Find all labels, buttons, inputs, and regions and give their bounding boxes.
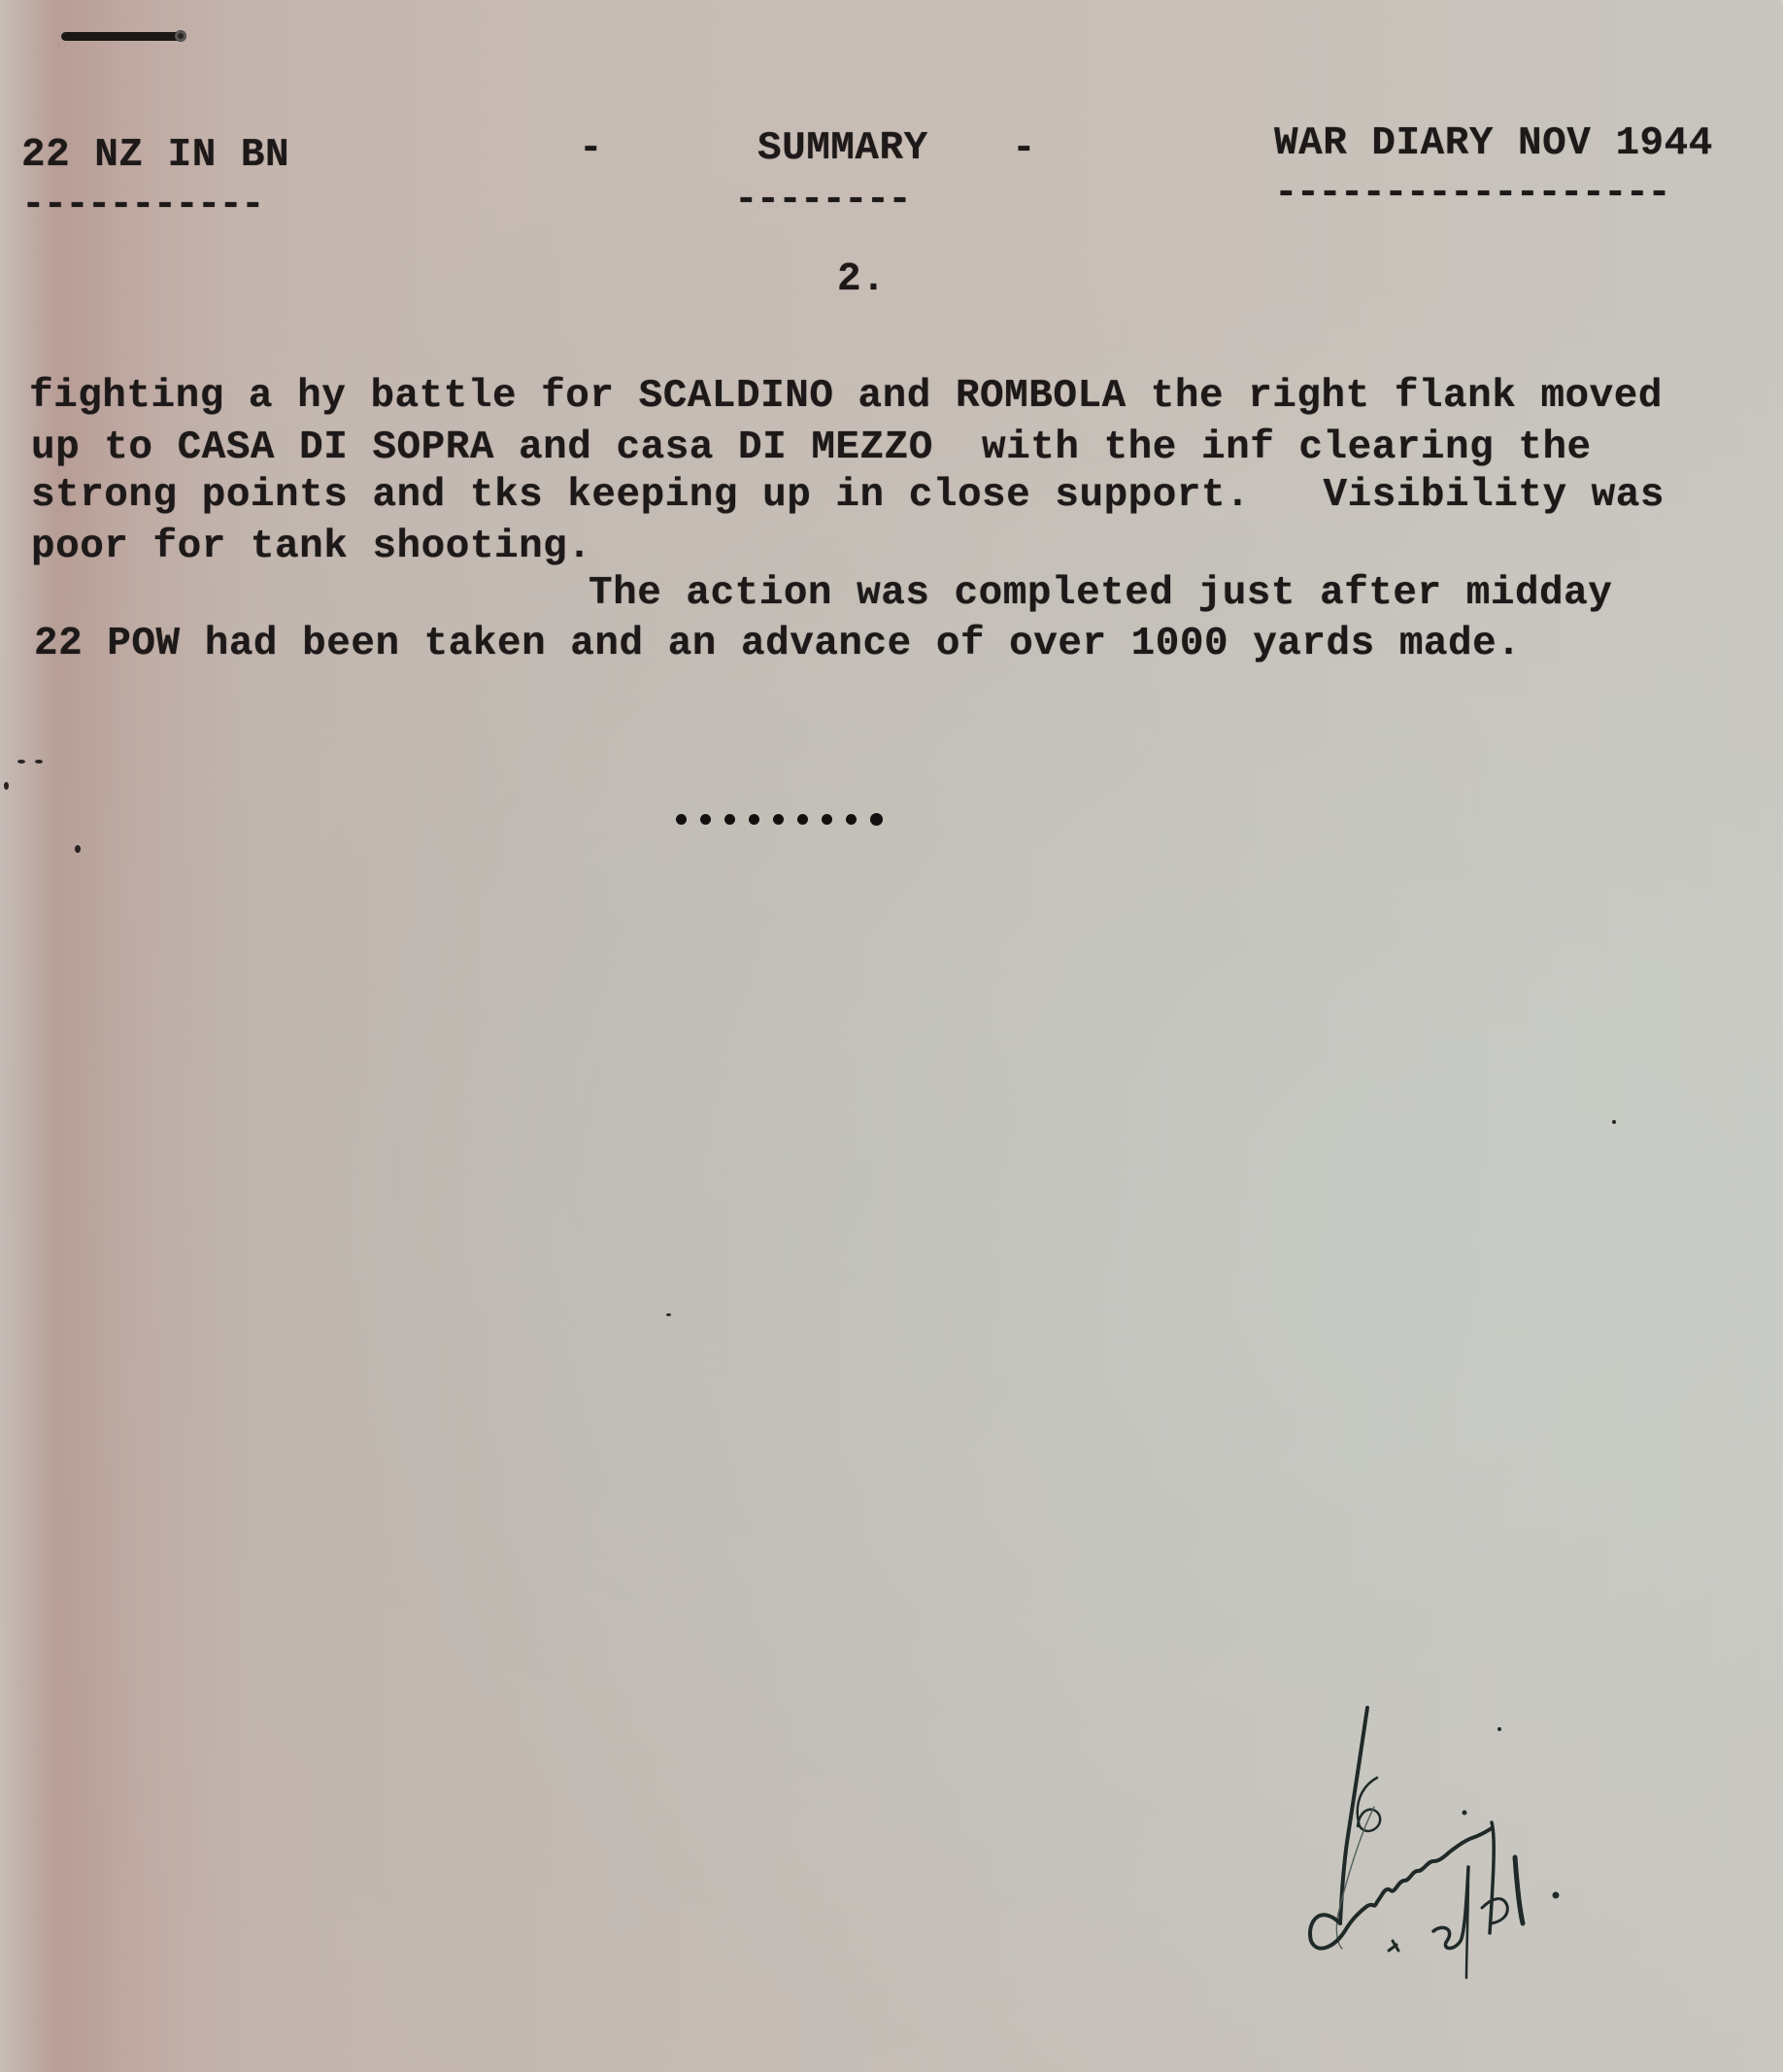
header-separator-right: - [1012,126,1036,171]
separator-dot [676,814,687,825]
end-separator-dots [676,814,883,826]
separator-dot [797,814,808,825]
stray-ink-mark [1612,1120,1616,1124]
separator-dot [822,814,832,825]
body-line: strong points and tks keeping up in clos… [31,473,1665,518]
header-separator-left: - [579,126,603,171]
body-line: fighting a hy battle for SCALDINO and RO… [29,374,1663,419]
separator-dot [773,814,784,825]
stray-ink-mark [35,760,43,764]
stray-ink-mark [666,1313,671,1316]
body-line: poor for tank shooting. [31,525,591,569]
stray-ink-mark [17,760,25,764]
separator-dot [846,814,857,825]
stray-ink-mark [75,845,81,853]
separator-dot [700,814,711,825]
header-title-underline: ------------------ [1274,171,1669,216]
handwritten-signature-icon [1253,1690,1622,1982]
separator-dot [724,814,735,825]
stray-ink-mark [4,782,9,790]
separator-dot [870,813,883,826]
body-line: 22 POW had been taken and an advance of … [34,622,1521,666]
header-unit-underline: ----------- [21,183,263,227]
header-section-underline: -------- [734,178,910,222]
header-title: WAR DIARY NOV 1944 [1274,121,1713,166]
body-line: up to CASA DI SOPRA and casa DI MEZZO wi… [31,425,1592,470]
header-unit: 22 NZ IN BN [21,133,289,178]
body-line: The action was completed just after midd… [589,571,1612,616]
paper-clip-mark-icon [61,32,183,41]
separator-dot [749,814,759,825]
header-section: SUMMARY [757,126,928,171]
page-number: 2. [837,257,886,302]
